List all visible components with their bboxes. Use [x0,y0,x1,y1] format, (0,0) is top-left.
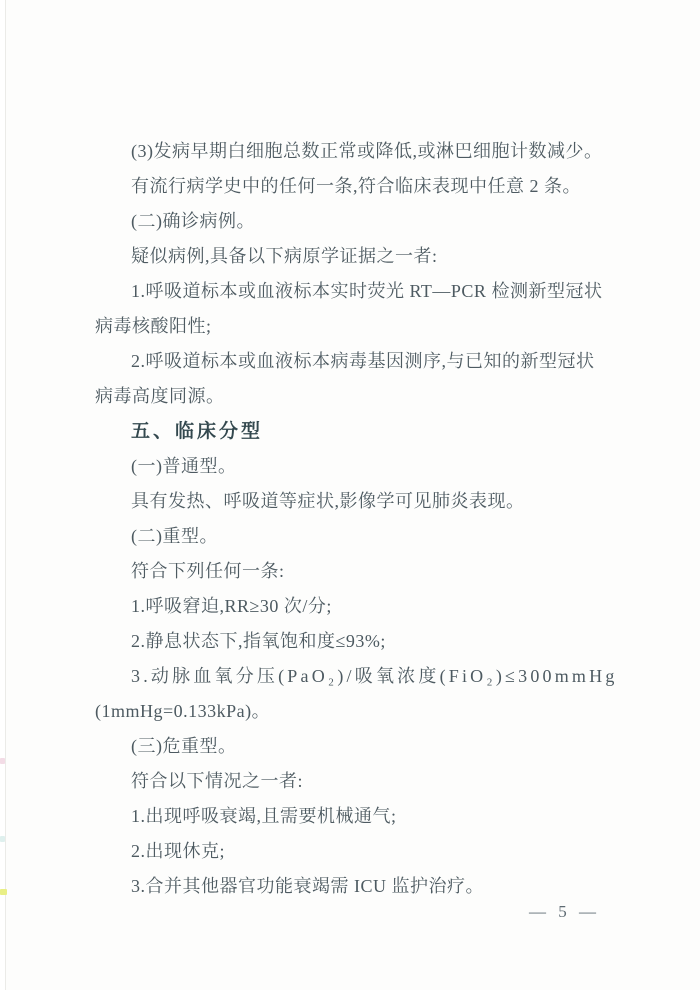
document-line: 2.静息状态下,指氧饱和度≤93%; [95,624,607,659]
document-line: 3.动脉血氧分压(PaO₂)/吸氧浓度(FiO₂)≤300mmHg [95,659,607,694]
document-line: 病毒高度同源。 [95,379,607,414]
text-block: (3)发病早期白细胞总数正常或降低,或淋巴细胞计数减少。 有流行病学史中的任何一… [95,134,607,904]
document-page: (3)发病早期白细胞总数正常或降低,或淋巴细胞计数减少。 有流行病学史中的任何一… [0,0,700,990]
scan-artifact [0,889,7,895]
document-line: 病毒核酸阳性; [95,309,607,344]
document-line: (3)发病早期白细胞总数正常或降低,或淋巴细胞计数减少。 [95,134,607,169]
document-line: 具有发热、呼吸道等症状,影像学可见肺炎表现。 [95,484,607,519]
page-number: — 5 — [529,900,600,924]
document-line: 3.合并其他器官功能衰竭需 ICU 监护治疗。 [95,869,607,904]
document-line: (一)普通型。 [95,449,607,484]
section-heading: 五、临床分型 [95,414,607,449]
document-line: 1.呼吸窘迫,RR≥30 次/分; [95,589,607,624]
document-line: 2.出现休克; [95,834,607,869]
document-line: 1.出现呼吸衰竭,且需要机械通气; [95,799,607,834]
document-line: (二)重型。 [95,519,607,554]
document-line: 疑似病例,具备以下病原学证据之一者: [95,239,607,274]
scan-artifact [0,758,5,764]
document-line: 2.呼吸道标本或血液标本病毒基因测序,与已知的新型冠状 [95,344,607,379]
document-line: 符合下列任何一条: [95,554,607,589]
scan-artifact [0,836,5,842]
document-line: 有流行病学史中的任何一条,符合临床表现中任意 2 条。 [95,169,607,204]
scan-edge-line [5,0,6,990]
document-line: 符合以下情况之一者: [95,764,607,799]
document-line: (二)确诊病例。 [95,204,607,239]
document-line: 1.呼吸道标本或血液标本实时荧光 RT—PCR 检测新型冠状 [95,274,607,309]
document-line: (三)危重型。 [95,729,607,764]
document-line: (1mmHg=0.133kPa)。 [95,694,607,729]
